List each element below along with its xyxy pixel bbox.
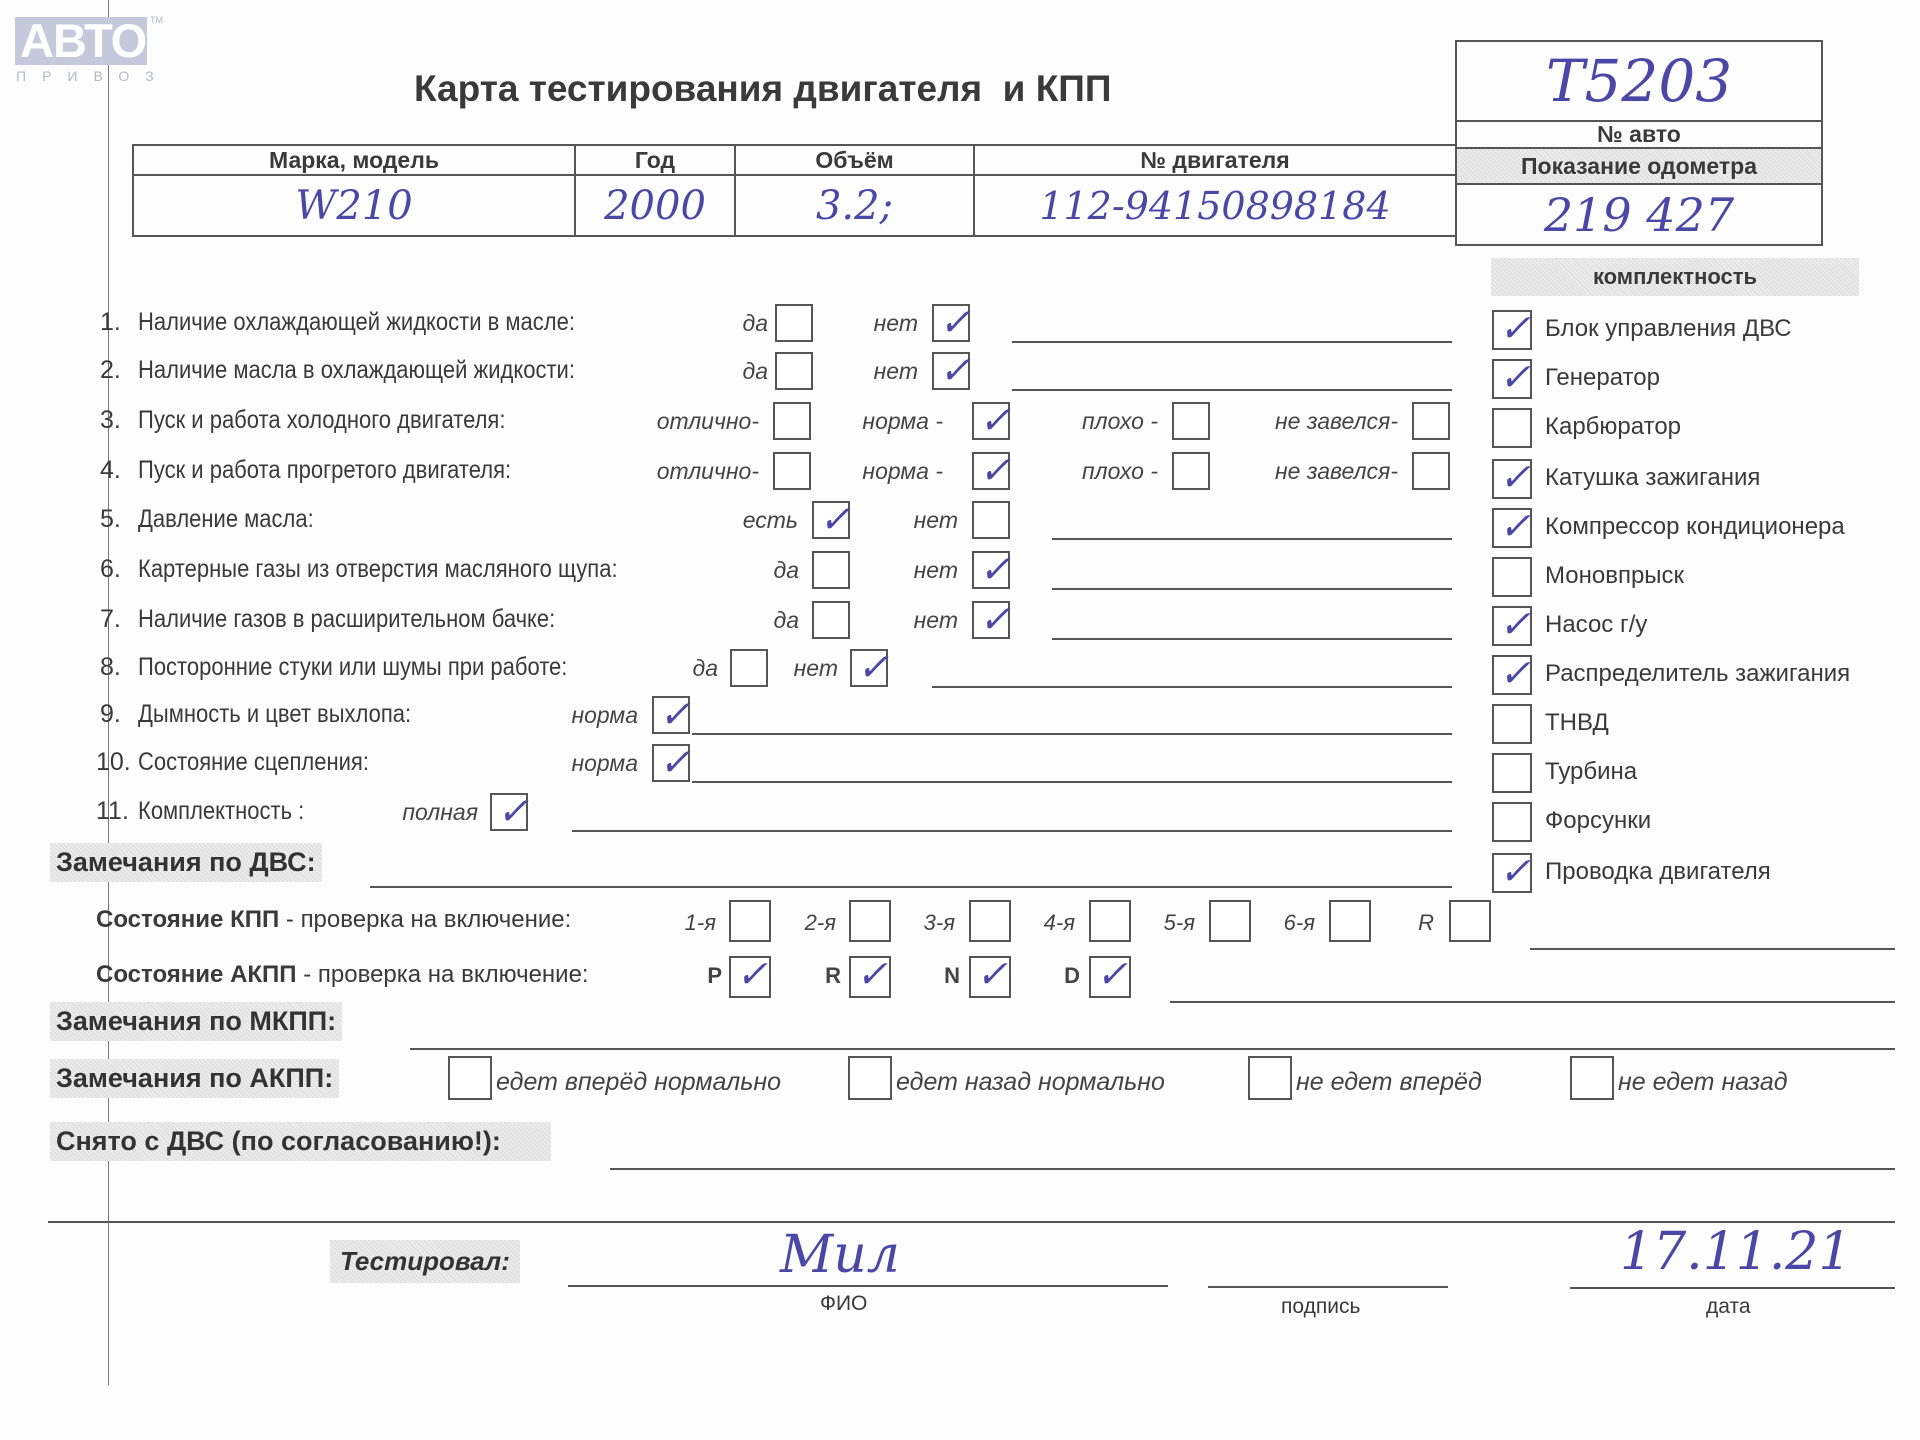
auto-remark-label: не едет назад <box>1618 1068 1788 1097</box>
completeness-checkbox[interactable] <box>1492 557 1532 597</box>
auto-remark-checkbox[interactable] <box>1248 1056 1292 1100</box>
option-label: не завелся- <box>1202 458 1402 485</box>
completeness-checkbox[interactable]: ✓ <box>1492 508 1532 548</box>
question-text: Давление масла: <box>138 505 314 534</box>
question-text: Состояние сцепления: <box>138 748 369 777</box>
header-engine-number: № двигателя <box>973 144 1457 176</box>
gear-label: 2-я <box>758 910 838 936</box>
auto-remark-label: не едет вперёд <box>1296 1068 1482 1097</box>
question-remark-line[interactable] <box>932 686 1452 688</box>
engine-remarks-line[interactable] <box>370 886 1452 888</box>
completeness-item-label: Генератор <box>1545 364 1660 392</box>
check-mark-icon: ✓ <box>856 952 888 996</box>
option-label: нет <box>722 358 922 385</box>
question-text: Наличие газов в расширительном бачке: <box>138 605 555 634</box>
question-number: 9. <box>100 700 121 729</box>
mode-label: R <box>805 963 845 989</box>
check-mark-icon: ✓ <box>979 547 1011 591</box>
option-label: нет <box>722 310 922 337</box>
question-text: Наличие масла в охлаждающей жидкости: <box>138 356 575 385</box>
option-label: не завелся- <box>1202 408 1402 435</box>
option-label: отлично- <box>563 408 763 435</box>
check-mark-icon: ✓ <box>497 789 529 833</box>
removed-parts-label: Снято с ДВС (по согласованию!): <box>50 1122 551 1161</box>
auto-remark-checkbox[interactable] <box>848 1056 892 1100</box>
auto-remark-label: едет вперёд нормально <box>496 1068 781 1097</box>
option-checkbox[interactable]: ✓ <box>972 551 1010 589</box>
option-checkbox[interactable]: ✓ <box>652 744 690 782</box>
date-field[interactable]: 17.11.21 <box>1620 1222 1852 1282</box>
option-label: нет <box>642 655 842 682</box>
auto-gearbox-subtitle: - проверка на включение: <box>297 961 589 988</box>
check-mark-icon: ✓ <box>939 348 971 392</box>
gear-label: 6-я <box>1237 910 1317 936</box>
year-field[interactable]: 2000 <box>574 174 736 237</box>
question-number: 10. <box>96 748 131 777</box>
question-remark-line[interactable] <box>1012 341 1452 343</box>
check-mark-icon: ✓ <box>1499 849 1531 893</box>
option-label: отлично- <box>563 458 763 485</box>
option-checkbox[interactable]: ✓ <box>932 304 970 342</box>
check-mark-icon: ✓ <box>979 597 1011 641</box>
completeness-item-label: Насос г/у <box>1545 611 1647 639</box>
completeness-item-label: Распределитель зажигания <box>1545 660 1850 688</box>
engine-number-field[interactable]: 112-94150898184 <box>973 174 1457 237</box>
option-checkbox[interactable]: ✓ <box>490 793 528 831</box>
check-mark-icon: ✓ <box>857 645 889 689</box>
completeness-checkbox[interactable]: ✓ <box>1492 655 1532 695</box>
auto-remark-checkbox[interactable] <box>1570 1056 1614 1100</box>
tester-name-signature[interactable]: Мил <box>780 1225 900 1285</box>
question-number: 3. <box>100 406 121 435</box>
car-number-label: № авто <box>1455 120 1823 149</box>
option-label: норма - <box>747 408 947 435</box>
mode-checkbox[interactable]: ✓ <box>1089 956 1131 998</box>
manual-gearbox-subtitle: - проверка на включение: <box>279 906 571 933</box>
question-remark-line[interactable] <box>692 733 1452 735</box>
question-number: 8. <box>100 653 121 682</box>
question-number: 1. <box>100 308 121 337</box>
gear-checkbox[interactable] <box>1449 900 1491 942</box>
logo-brand: АВТО <box>20 17 146 65</box>
check-mark-icon: ✓ <box>1499 651 1531 695</box>
check-mark-icon: ✓ <box>1499 504 1531 548</box>
question-number: 2. <box>100 356 121 385</box>
manual-gearbox-title: Состояние КПП <box>96 906 279 933</box>
option-label: плохо - <box>962 458 1162 485</box>
completeness-checkbox[interactable] <box>1492 802 1532 842</box>
auto-remark-checkbox[interactable] <box>448 1056 492 1100</box>
volume-field[interactable]: 3.2; <box>734 174 975 237</box>
tested-by-label: Тестировал: <box>330 1240 520 1283</box>
mode-label: N <box>924 963 964 989</box>
option-checkbox[interactable]: ✓ <box>972 601 1010 639</box>
completeness-item-label: Проводка двигателя <box>1545 858 1771 886</box>
header-volume: Объём <box>734 144 975 176</box>
mode-checkbox[interactable]: ✓ <box>729 956 771 998</box>
completeness-item-label: Форсунки <box>1545 807 1651 835</box>
option-checkbox[interactable]: ✓ <box>932 352 970 390</box>
mode-checkbox[interactable]: ✓ <box>849 956 891 998</box>
completeness-item-label: Турбина <box>1545 758 1637 786</box>
completeness-checkbox[interactable] <box>1492 704 1532 744</box>
gear-label: 3-я <box>877 910 957 936</box>
date-caption: дата <box>1706 1295 1751 1319</box>
header-year: Год <box>574 144 736 176</box>
completeness-checkbox[interactable]: ✓ <box>1492 853 1532 893</box>
check-mark-icon: ✓ <box>1096 952 1128 996</box>
question-number: 4. <box>100 456 121 485</box>
auto-gearbox-title: Состояние АКПП <box>96 961 297 988</box>
completeness-checkbox[interactable] <box>1492 753 1532 793</box>
question-number: 7. <box>100 605 121 634</box>
question-number: 5. <box>100 505 121 534</box>
question-remark-line[interactable] <box>1052 638 1452 640</box>
option-label: нет <box>762 607 962 634</box>
question-remark-line[interactable] <box>1052 588 1452 590</box>
option-checkbox[interactable]: ✓ <box>850 649 888 687</box>
option-label: норма <box>442 702 642 729</box>
name-caption: ФИО <box>820 1292 867 1316</box>
gear-label: 4-я <box>997 910 1077 936</box>
question-text: Пуск и работа холодного двигателя: <box>138 406 505 435</box>
question-text: Комплектность : <box>138 797 304 826</box>
check-mark-icon: ✓ <box>659 692 691 736</box>
question-number: 11. <box>96 797 129 826</box>
completeness-header: комплектность <box>1491 258 1859 296</box>
logo-subtitle: ПРИВОЗ <box>16 68 170 84</box>
manual-gearbox-line[interactable] <box>1530 948 1895 950</box>
check-mark-icon: ✓ <box>1499 455 1531 499</box>
section-divider <box>48 1221 1895 1223</box>
completeness-item-label: Компрессор кондиционера <box>1545 513 1845 541</box>
completeness-item-label: Катушка зажигания <box>1545 464 1760 492</box>
engine-remarks-label: Замечания по ДВС: <box>50 843 322 882</box>
name-line[interactable] <box>568 1285 1168 1287</box>
check-mark-icon: ✓ <box>939 300 971 344</box>
completeness-checkbox[interactable]: ✓ <box>1492 359 1532 399</box>
auto-remarks-label: Замечания по АКПП: <box>50 1059 339 1098</box>
option-label: норма - <box>747 458 947 485</box>
question-text: Дымность и цвет выхлопа: <box>138 700 411 729</box>
option-checkbox[interactable] <box>1412 452 1450 490</box>
page-title: Карта тестирования двигателя и КПП <box>414 68 1111 110</box>
completeness-checkbox[interactable]: ✓ <box>1492 606 1532 646</box>
signature-line[interactable] <box>1208 1286 1448 1288</box>
logo-trademark: TM <box>150 15 163 25</box>
option-label: нет <box>762 557 962 584</box>
manual-remarks-line[interactable] <box>410 1048 1895 1050</box>
option-label: норма <box>442 750 642 777</box>
auto-remark-label: едет назад нормально <box>896 1068 1165 1097</box>
option-checkbox[interactable]: ✓ <box>652 696 690 734</box>
check-mark-icon: ✓ <box>976 952 1008 996</box>
completeness-checkbox[interactable]: ✓ <box>1492 310 1532 350</box>
make-model-field[interactable]: W210 <box>132 174 576 237</box>
mode-label: P <box>686 963 726 989</box>
question-text: Наличие охлаждающей жидкости в масле: <box>138 308 575 337</box>
question-remark-line[interactable] <box>1052 538 1452 540</box>
question-remark-line[interactable] <box>692 781 1452 783</box>
check-mark-icon: ✓ <box>659 740 691 784</box>
completeness-item-label: ТНВД <box>1545 709 1609 737</box>
manual-gearbox-label: Состояние КПП - проверка на включение: <box>96 906 571 934</box>
option-checkbox[interactable] <box>1412 402 1450 440</box>
odometer-field[interactable]: 219 427 <box>1455 183 1823 246</box>
binder-line <box>108 0 109 1385</box>
date-line[interactable] <box>1570 1287 1895 1289</box>
completeness-checkbox[interactable]: ✓ <box>1492 459 1532 499</box>
header-make-model: Марка, модель <box>132 144 576 176</box>
completeness-item-label: Блок управления ДВС <box>1545 315 1792 343</box>
removed-parts-line[interactable] <box>610 1168 1895 1170</box>
gear-label: R <box>1356 910 1436 936</box>
check-mark-icon: ✓ <box>1499 355 1531 399</box>
check-mark-icon: ✓ <box>1499 602 1531 646</box>
mode-checkbox[interactable]: ✓ <box>969 956 1011 998</box>
option-label: плохо - <box>962 408 1162 435</box>
check-mark-icon: ✓ <box>736 952 768 996</box>
mode-label: D <box>1044 963 1084 989</box>
signature-caption: подпись <box>1281 1295 1360 1319</box>
question-text: Картерные газы из отверстия масляного щу… <box>138 555 618 584</box>
completeness-item-label: Моновпрыск <box>1545 562 1684 590</box>
question-number: 6. <box>100 555 121 584</box>
option-checkbox[interactable] <box>972 501 1010 539</box>
odometer-label: Показание одометра <box>1455 147 1823 185</box>
auto-gearbox-line[interactable] <box>1170 1001 1895 1003</box>
question-text: Пуск и работа прогретого двигателя: <box>138 456 511 485</box>
option-label: полная <box>282 799 482 826</box>
manual-remarks-label: Замечания по МКПП: <box>50 1002 342 1041</box>
completeness-item-label: Карбюратор <box>1545 413 1681 441</box>
gear-label: 5-я <box>1117 910 1197 936</box>
completeness-checkbox[interactable] <box>1492 408 1532 448</box>
question-remark-line[interactable] <box>572 830 1452 832</box>
check-mark-icon: ✓ <box>1499 306 1531 350</box>
car-number-field[interactable]: Т5203 <box>1455 40 1823 122</box>
question-text: Посторонние стуки или шумы при работе: <box>138 653 567 682</box>
question-remark-line[interactable] <box>1012 389 1452 391</box>
auto-gearbox-label: Состояние АКПП - проверка на включение: <box>96 961 589 989</box>
option-label: нет <box>762 507 962 534</box>
gear-label: 1-я <box>638 910 718 936</box>
